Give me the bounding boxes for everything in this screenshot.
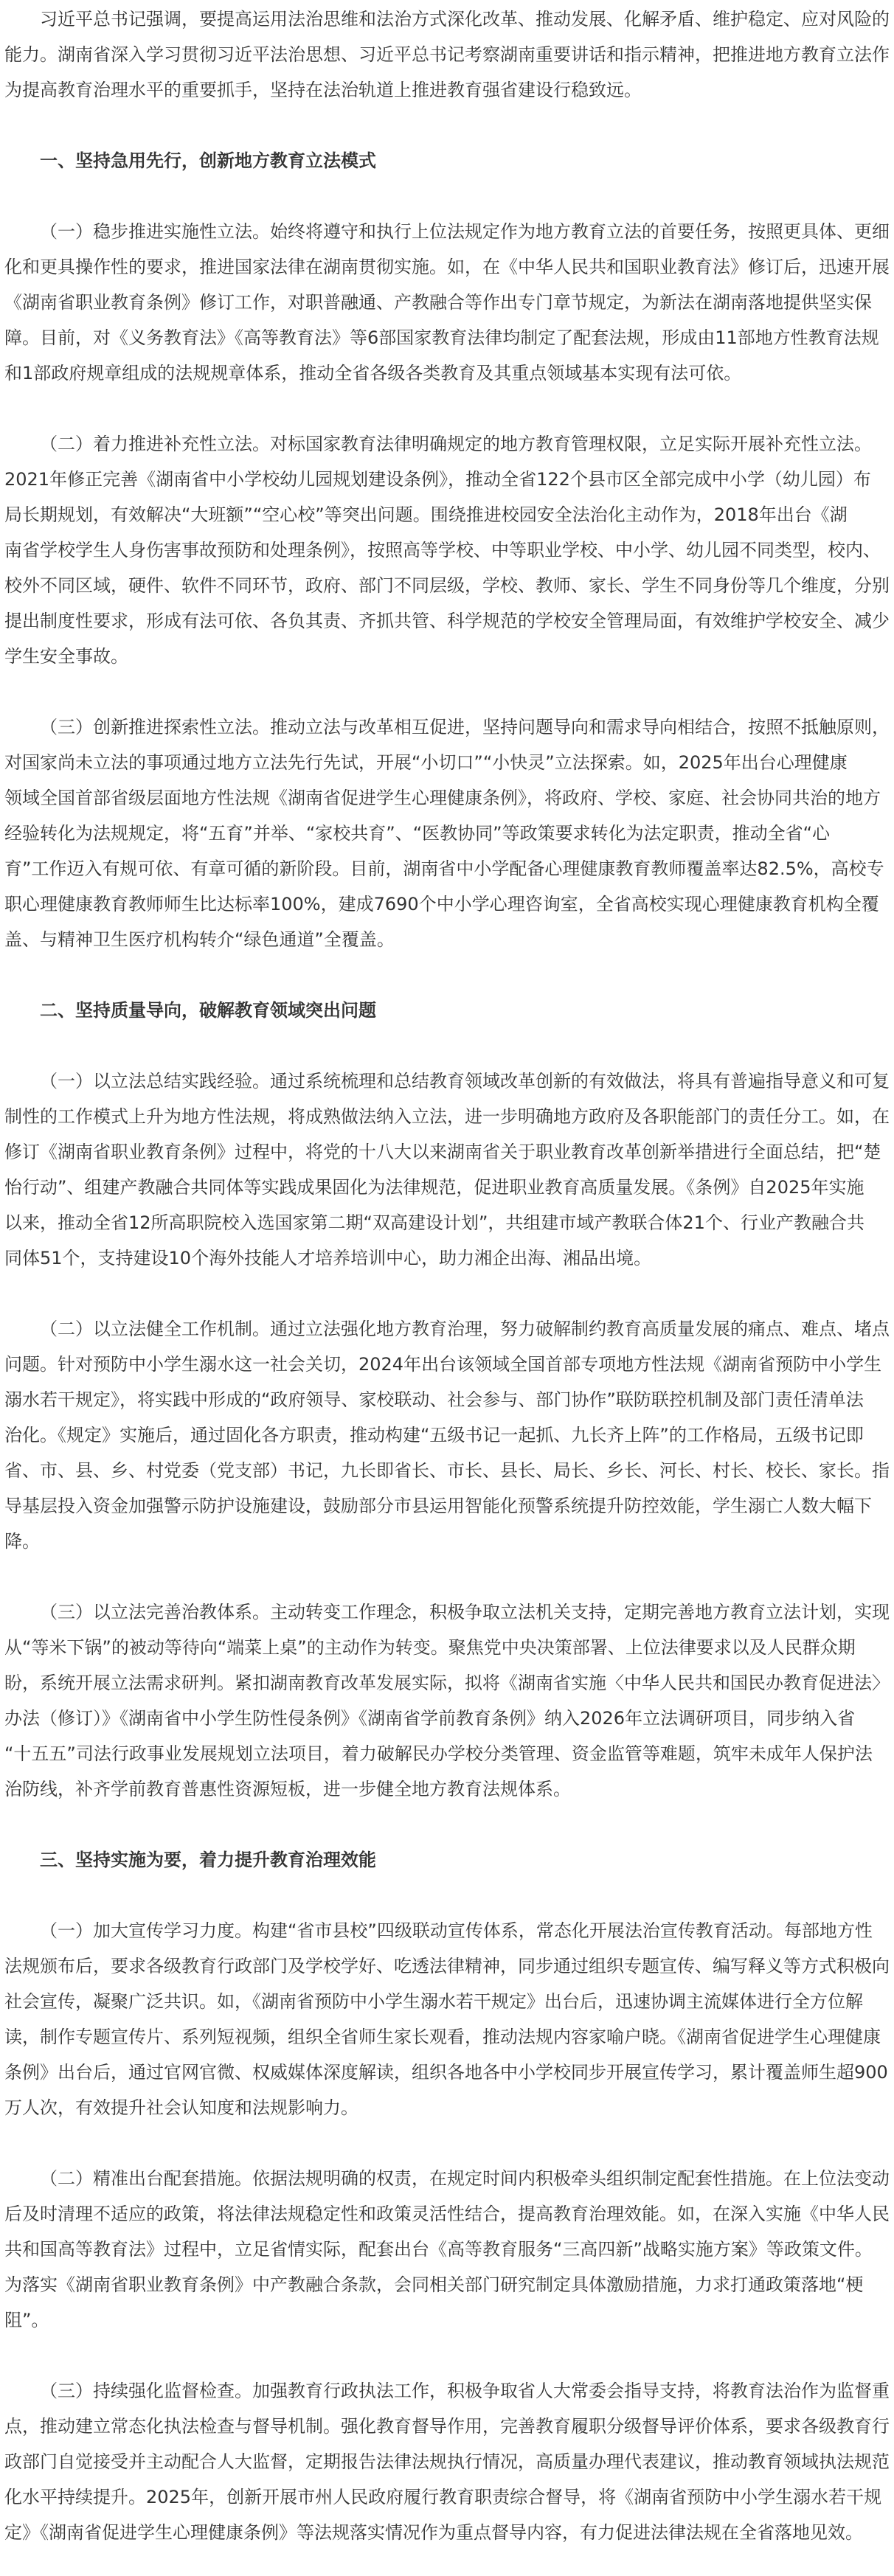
text-line: 从“等米下锅”的被动等待向“端菜上桌”的主动作为转变。聚焦党中央决策部署、上位法…: [4, 1630, 890, 1665]
paragraph-3-1: （一）加大宣传学习力度。构建“省市县校”四级联动宣传体系，常态化开展法治宣传教育…: [4, 1913, 890, 2125]
text-line: （二）精准出台配套措施。依据法规明确的权责，在规定时间内积极牵头组织制定配套性措…: [4, 2161, 890, 2196]
text-line: （一）加大宣传学习力度。构建“省市县校”四级联动宣传体系，常态化开展法治宣传教育…: [4, 1913, 890, 1948]
text-line: “十五五”司法行政事业发展规划立法项目，着力破解民办学校分类管理、资金监管等难题…: [4, 1736, 890, 1771]
paragraph-3-2: （二）精准出台配套措施。依据法规明确的权责，在规定时间内积极牵头组织制定配套性措…: [4, 2161, 890, 2338]
text-line: 条例》出台后，通过官网官微、权威媒体深度解读，组织各地各中小学校同步开展宣传学习…: [4, 2055, 890, 2090]
text-line: 办法（修订）》《湖南省中小学生防性侵条例》《湖南省学前教育条例》纳入2026年立…: [4, 1701, 890, 1736]
text-line: （一）以立法总结实践经验。通过系统梳理和总结教育领域改革创新的有效做法，将具有普…: [4, 1063, 890, 1099]
text-line: 读，制作专题宣传片、系列短视频，组织全省师生家长观看，推动法规内容家喻户晓。《湖…: [4, 2019, 890, 2055]
text-line: 职心理健康教育教师师生比达标率100%，建成7690个中小学心理咨询室，全省高校…: [4, 886, 890, 922]
text-line: 提出制度性要求，形成有法可依、各负其责、齐抓共管、科学规范的学校安全管理局面，有…: [4, 603, 890, 639]
text-line: 阻”。: [4, 2302, 890, 2338]
text-line: 怡行动”、组建产教融合共同体等实践成果固化为法律规范，促进职业教育高质量发展。《…: [4, 1170, 890, 1205]
text-line: 后及时清理不适应的政策，将法律法规稳定性和政策灵活性结合，提高教育治理效能。如，…: [4, 2196, 890, 2232]
article-body: 习近平总书记强调，要提高运用法治思维和法治方式深化改革、推动发展、化解矛盾、维护…: [0, 0, 894, 2550]
text-line: 制性的工作模式上升为地方性法规，将成熟做法纳入立法，进一步明确地方政府及各职能部…: [4, 1099, 890, 1134]
text-line: 化和更具操作性的要求，推进国家法律在湖南贯彻实施。如，在《中华人民共和国职业教育…: [4, 249, 890, 285]
text-line: 盼，系统开展立法需求研判。紧扣湖南教育改革发展实际，拟将《湖南省实施〈中华人民共…: [4, 1665, 890, 1701]
text-line: 习近平总书记强调，要提高运用法治思维和法治方式深化改革、推动发展、化解矛盾、维护…: [4, 1, 890, 37]
text-line: 社会宣传，凝聚广泛共识。如，《湖南省预防中小学生溺水若干规定》出台后，迅速协调主…: [4, 1984, 890, 2019]
text-line: 点，推动建立常态化执法检查与督导机制。强化教育督导作用，完善教育履职分级督导评价…: [4, 2409, 890, 2444]
section-heading-2: 二、坚持质量导向，破解教育领域突出问题: [4, 993, 890, 1028]
text-line: 治防线，补齐学前教育普惠性资源短板，进一步健全地方教育法规体系。: [4, 1771, 890, 1807]
text-line: 2021年修正完善《湖南省中小学校幼儿园规划建设条例》，推动全省122个县市区全…: [4, 462, 890, 497]
paragraph-2-2: （二）以立法健全工作机制。通过立法强化地方教育治理，努力破解制约教育高质量发展的…: [4, 1311, 890, 1559]
text-line: （二）以立法健全工作机制。通过立法强化地方教育治理，努力破解制约教育高质量发展的…: [4, 1311, 890, 1347]
text-line: 和1部政府规章组成的法规规章体系，推动全省各级各类教育及其重点领域基本实现有法可…: [4, 355, 890, 391]
text-line: 盖、与精神卫生医疗机构转介“绿色通道”全覆盖。: [4, 922, 890, 957]
text-line: 为提高教育治理水平的重要抓手，坚持在法治轨道上推进教育强省建设行稳致远。: [4, 72, 890, 108]
text-line: （三）以立法完善治教体系。主动转变工作理念，积极争取立法机关支持，定期完善地方教…: [4, 1594, 890, 1630]
paragraph-2-1: （一）以立法总结实践经验。通过系统梳理和总结教育领域改革创新的有效做法，将具有普…: [4, 1063, 890, 1276]
text-line: 局长期规划，有效解决“大班额”“空心校”等突出问题。围绕推进校园安全法治化主动作…: [4, 497, 890, 532]
text-line: （一）稳步推进实施性立法。始终将遵守和执行上位法规定作为地方教育立法的首要任务，…: [4, 214, 890, 249]
text-line: 导基层投入资金加强警示防护设施建设，鼓励部分市县运用智能化预警系统提升防控效能，…: [4, 1488, 890, 1524]
section-heading-3: 三、坚持实施为要，着力提升教育治理效能: [4, 1842, 890, 1878]
text-line: 经验转化为法规规定，将“五育”并举、“家校共育”、“医教协同”等政策要求转化为法…: [4, 816, 890, 851]
text-line: 以来，推动全省12所高职院校入选国家第二期“双高建设计划”，共组建市域产教联合体…: [4, 1205, 890, 1240]
text-line: 为落实《湖南省职业教育条例》中产教融合条款，会同相关部门研究制定具体激励措施，力…: [4, 2267, 890, 2302]
text-line: 《湖南省职业教育条例》修订工作，对职普融通、产教融合等作出专门章节规定，为新法在…: [4, 285, 890, 320]
section-heading-1: 一、坚持急用先行，创新地方教育立法模式: [4, 143, 890, 178]
section-1: 一、坚持急用先行，创新地方教育立法模式 （一）稳步推进实施性立法。始终将遵守和执…: [4, 143, 890, 957]
intro-paragraph: 习近平总书记强调，要提高运用法治思维和法治方式深化改革、推动发展、化解矛盾、维护…: [4, 1, 890, 108]
text-line: 政部门自觉接受并主动配合人大监督，定期报告法律法规执行情况，高质量办理代表建议，…: [4, 2444, 890, 2479]
text-line: 定》《湖南省促进学生心理健康条例》等法规落实情况作为重点督导内容，有力促进法律法…: [4, 2515, 890, 2550]
text-line: 问题。针对预防中小学生溺水这一社会关切，2024年出台该领域全国首部专项地方性法…: [4, 1347, 890, 1382]
text-line: 省、市、县、乡、村党委（党支部）书记，九长即省长、市长、县长、局长、乡长、河长、…: [4, 1453, 890, 1488]
text-line: 学生安全事故。: [4, 639, 890, 674]
section-3: 三、坚持实施为要，着力提升教育治理效能 （一）加大宣传学习力度。构建“省市县校”…: [4, 1842, 890, 2550]
text-line: 共和国高等教育法》过程中，立足省情实际，配套出台《高等教育服务“三高四新”战略实…: [4, 2232, 890, 2267]
section-2: 二、坚持质量导向，破解教育领域突出问题 （一）以立法总结实践经验。通过系统梳理和…: [4, 993, 890, 1807]
text-line: 领域全国首部省级层面地方性法规《湖南省促进学生心理健康条例》，将政府、学校、家庭…: [4, 780, 890, 816]
text-line: （二）着力推进补充性立法。对标国家教育法律明确规定的地方教育管理权限，立足实际开…: [4, 426, 890, 462]
text-line: 溺水若干规定》，将实践中形成的“政府领导、家校联动、社会参与、部门协作”联防联控…: [4, 1382, 890, 1417]
text-line: （三）持续强化监督检查。加强教育行政执法工作，积极争取省人大常委会指导支持，将教…: [4, 2373, 890, 2409]
text-line: 校外不同区域，硬件、软件不同环节，政府、部门不同层级，学校、教师、家长、学生不同…: [4, 568, 890, 603]
text-line: 南省学校学生人身伤害事故预防和处理条例》，按照高等学校、中等职业学校、中小学、幼…: [4, 532, 890, 568]
paragraph-1-2: （二）着力推进补充性立法。对标国家教育法律明确规定的地方教育管理权限，立足实际开…: [4, 426, 890, 674]
text-line: 治化。《规定》实施后，通过固化各方职责，推动构建“五级书记一起抓、九长齐上阵”的…: [4, 1417, 890, 1453]
text-line: 法规颁布后，要求各级教育行政部门及学校学好、吃透法律精神，同步通过组织专题宣传、…: [4, 1948, 890, 1984]
text-line: 对国家尚未立法的事项通过地方立法先行先试，开展“小切口”“小快灵”立法探索。如，…: [4, 745, 890, 780]
text-line: 降。: [4, 1524, 890, 1559]
paragraph-3-3: （三）持续强化监督检查。加强教育行政执法工作，积极争取省人大常委会指导支持，将教…: [4, 2373, 890, 2550]
paragraph-2-3: （三）以立法完善治教体系。主动转变工作理念，积极争取立法机关支持，定期完善地方教…: [4, 1594, 890, 1807]
text-line: （三）创新推进探索性立法。推动立法与改革相互促进，坚持问题导向和需求导向相结合，…: [4, 709, 890, 745]
text-line: 能力。湖南省深入学习贯彻习近平法治思想、习近平总书记考察湖南重要讲话和指示精神，…: [4, 37, 890, 72]
paragraph-1-3: （三）创新推进探索性立法。推动立法与改革相互促进，坚持问题导向和需求导向相结合，…: [4, 709, 890, 957]
text-line: 障。目前，对《义务教育法》《高等教育法》等6部国家教育法律均制定了配套法规，形成…: [4, 320, 890, 355]
text-line: 同体51个，支持建设10个海外技能人才培养培训中心，助力湘企出海、湘品出境。: [4, 1240, 890, 1276]
text-line: 化水平持续提升。2025年，创新开展市州人民政府履行教育职责综合督导，将《湖南省…: [4, 2479, 890, 2515]
text-line: 万人次，有效提升社会认知度和法规影响力。: [4, 2090, 890, 2125]
text-line: 修订《湖南省职业教育条例》过程中，将党的十八大以来湖南省关于职业教育改革创新举措…: [4, 1134, 890, 1170]
text-line: 育”工作迈入有规可依、有章可循的新阶段。目前，湖南省中小学配备心理健康教育教师覆…: [4, 851, 890, 886]
paragraph-1-1: （一）稳步推进实施性立法。始终将遵守和执行上位法规定作为地方教育立法的首要任务，…: [4, 214, 890, 391]
